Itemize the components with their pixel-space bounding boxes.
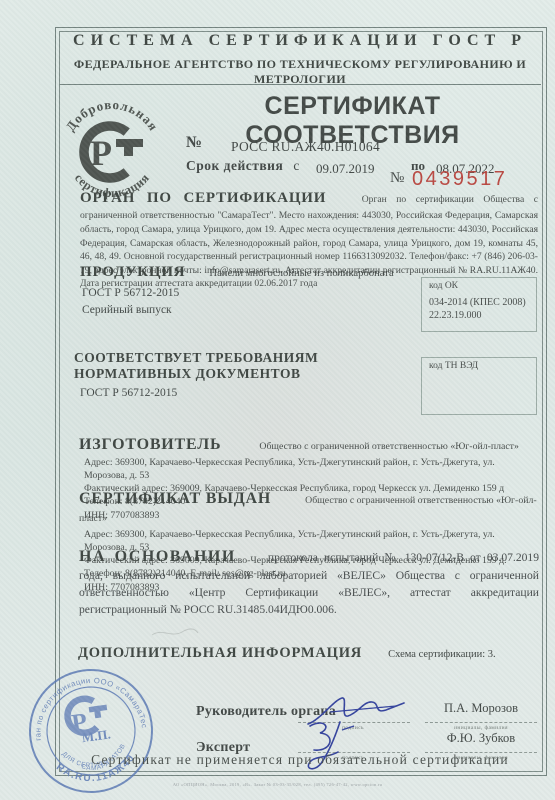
svg-text:Р: Р: [90, 133, 112, 173]
validity-from-date: 09.07.2019: [316, 161, 375, 177]
rst-mark: Р: [84, 126, 143, 178]
system-title: СИСТЕМА СЕРТИФИКАЦИИ ГОСТ Р: [56, 32, 544, 50]
code-ok-label: код ОК: [422, 278, 536, 291]
head-name: П.А. Морозов: [425, 701, 537, 716]
code-ok-value-1: 034-2014 (КПЕС 2008): [429, 297, 536, 310]
section-heading-manufacturer: ИЗГОТОВИТЕЛЬ: [79, 436, 221, 453]
code-tnved-label: код ТН ВЭД: [422, 358, 536, 371]
header-divider: [59, 84, 541, 85]
section-product: ПРОДУКЦИЯ Панели многослойные из поликар…: [80, 263, 410, 320]
certificate-page: СИСТЕМА СЕРТИФИКАЦИИ ГОСТ Р ФЕДЕРАЛЬНОЕ …: [0, 0, 555, 800]
section-heading-product: ПРОДУКЦИЯ: [80, 264, 185, 280]
section-basis: НА ОСНОВАНИИ протокола испытаний № 130-0…: [79, 545, 539, 619]
code-ok-box: код ОК 034-2014 (КПЕС 2008) 22.23.19.000: [421, 277, 537, 332]
blank-number-label: №: [390, 170, 404, 187]
product-gost: ГОСТ Р 56712-2015: [82, 285, 410, 302]
certification-body-stamp: Орган по сертификации ООО «СамараТест» R…: [18, 658, 165, 800]
code-tnved-box: код ТН ВЭД: [421, 357, 537, 415]
stamp-mp-text: М.П.: [81, 726, 112, 745]
validity-label: Срок действия с: [186, 158, 299, 174]
section-heading-organ: ОРГАН ПО СЕРТИФИКАЦИИ: [80, 190, 326, 206]
section-conformity: СООТВЕТСТВУЕТ ТРЕБОВАНИЯМ НОРМАТИВНЫХ ДО…: [74, 350, 419, 402]
section-additional: ДОПОЛНИТЕЛЬНАЯ ИНФОРМАЦИЯ Схема сертифик…: [78, 644, 538, 662]
conformity-gost: ГОСТ Р 56712-2015: [74, 385, 419, 402]
section-heading-conformity: СООТВЕТСТВУЕТ ТРЕБОВАНИЯМ НОРМАТИВНЫХ ДО…: [74, 350, 419, 382]
reg-number-value: РОСС RU.АЖ40.Н01064: [231, 139, 380, 155]
manufacturer-address: Адрес: 369300, Карачаево-Черкесская Респ…: [84, 456, 539, 482]
section-heading-additional: ДОПОЛНИТЕЛЬНАЯ ИНФОРМАЦИЯ: [78, 645, 362, 661]
section-heading-basis: НА ОСНОВАНИИ: [79, 548, 236, 565]
code-ok-value-2: 22.23.19.000: [429, 310, 536, 323]
head-name-line: [425, 722, 537, 723]
additional-text: Схема сертификации: 3.: [388, 649, 496, 660]
product-name: Панели многослойные из поликарбоната: [209, 268, 393, 279]
product-issue-type: Серийный выпуск: [82, 302, 410, 319]
reg-number-label: №: [186, 134, 202, 152]
section-heading-issued: СЕРТИФИКАТ ВЫДАН: [79, 490, 271, 507]
agency-title: ФЕДЕРАЛЬНОЕ АГЕНТСТВО ПО ТЕХНИЧЕСКОМУ РЕ…: [56, 57, 544, 87]
expert-signature-ink: [288, 718, 378, 778]
pencil-mark: [150, 626, 200, 640]
manufacturer-name: Общество с ограниченной ответственностью…: [259, 441, 519, 452]
printer-imprint: АО «ОПЦИОН», Москва, 2019, «В». Заказ № …: [0, 782, 555, 787]
bottom-note: Сертификат не применяется при обязательн…: [56, 752, 544, 768]
expert-name: Ф.Ю. Зубков: [425, 731, 537, 746]
